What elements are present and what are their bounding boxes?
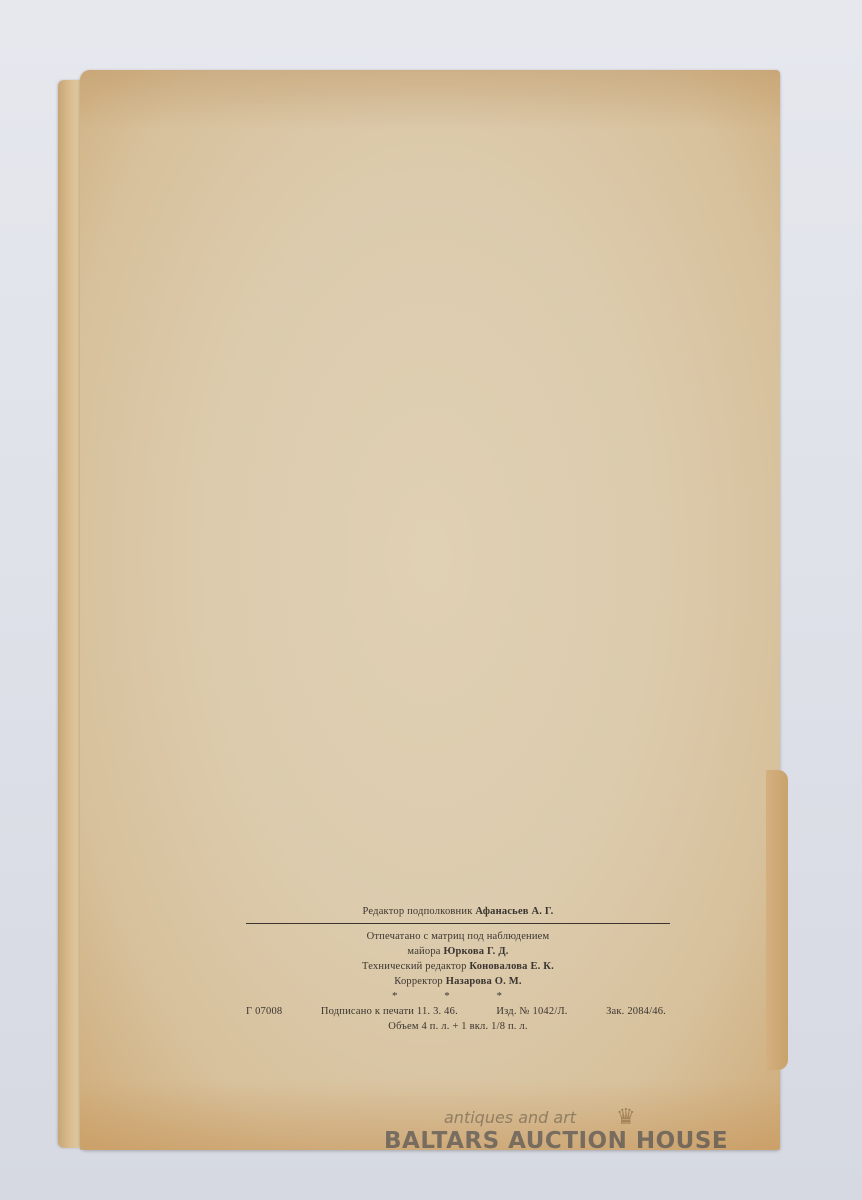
- supervisor-line: майора Юркова Г. Д.: [246, 944, 670, 959]
- edition-number: Изд. № 1042/Л.: [496, 1004, 567, 1019]
- print-details: Г 07008 Подписано к печати 11. 3. 46. Из…: [246, 1004, 670, 1019]
- divider: [246, 923, 670, 924]
- order-number: Зак. 2084/46.: [606, 1004, 666, 1019]
- crown-icon: ♛: [616, 1104, 636, 1130]
- volume-line: Объем 4 п. л. + 1 вкл. 1/8 п. л.: [246, 1019, 670, 1034]
- corrector-line: Корректор Назарова О. М.: [246, 974, 670, 989]
- printed-line: Отпечатано с матриц под наблюдением: [246, 929, 670, 944]
- editor-line: Редактор подполковник Афанасьев А. Г.: [246, 904, 670, 919]
- torn-edge: [766, 770, 788, 1070]
- watermark-tagline: antiques and art: [444, 1108, 576, 1127]
- watermark-brand: BALTARS AUCTION HOUSE: [384, 1128, 728, 1154]
- watermark: ♛ antiques and art BALTARS AUCTION HOUSE: [384, 1108, 784, 1178]
- code: Г 07008: [246, 1004, 282, 1019]
- colophon: Редактор подполковник Афанасьев А. Г. От…: [246, 904, 670, 1034]
- asterism: * * *: [246, 989, 670, 1004]
- signed-date: Подписано к печати 11. 3. 46.: [321, 1004, 458, 1019]
- tech-editor-line: Технический редактор Коновалова Е. К.: [246, 959, 670, 974]
